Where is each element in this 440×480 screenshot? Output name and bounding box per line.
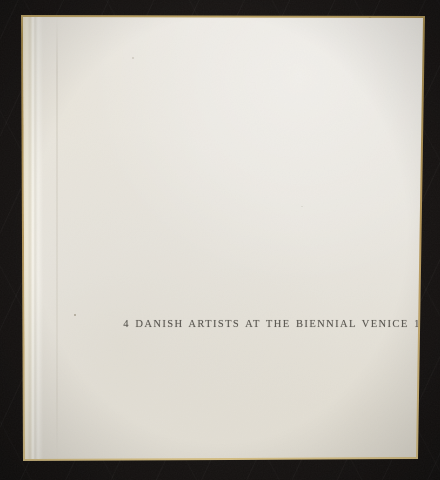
paper-speck: [74, 314, 76, 316]
spine-crease: [56, 16, 58, 460]
paper-speck: [301, 206, 303, 207]
photo-background: 4 DANISH ARTISTS AT THE BIENNIAL VENICE …: [0, 0, 440, 480]
cover-title: 4 DANISH ARTISTS AT THE BIENNIAL VENICE …: [123, 318, 440, 331]
paper-speck: [132, 57, 134, 59]
book-cover: 4 DANISH ARTISTS AT THE BIENNIAL VENICE …: [0, 0, 440, 480]
